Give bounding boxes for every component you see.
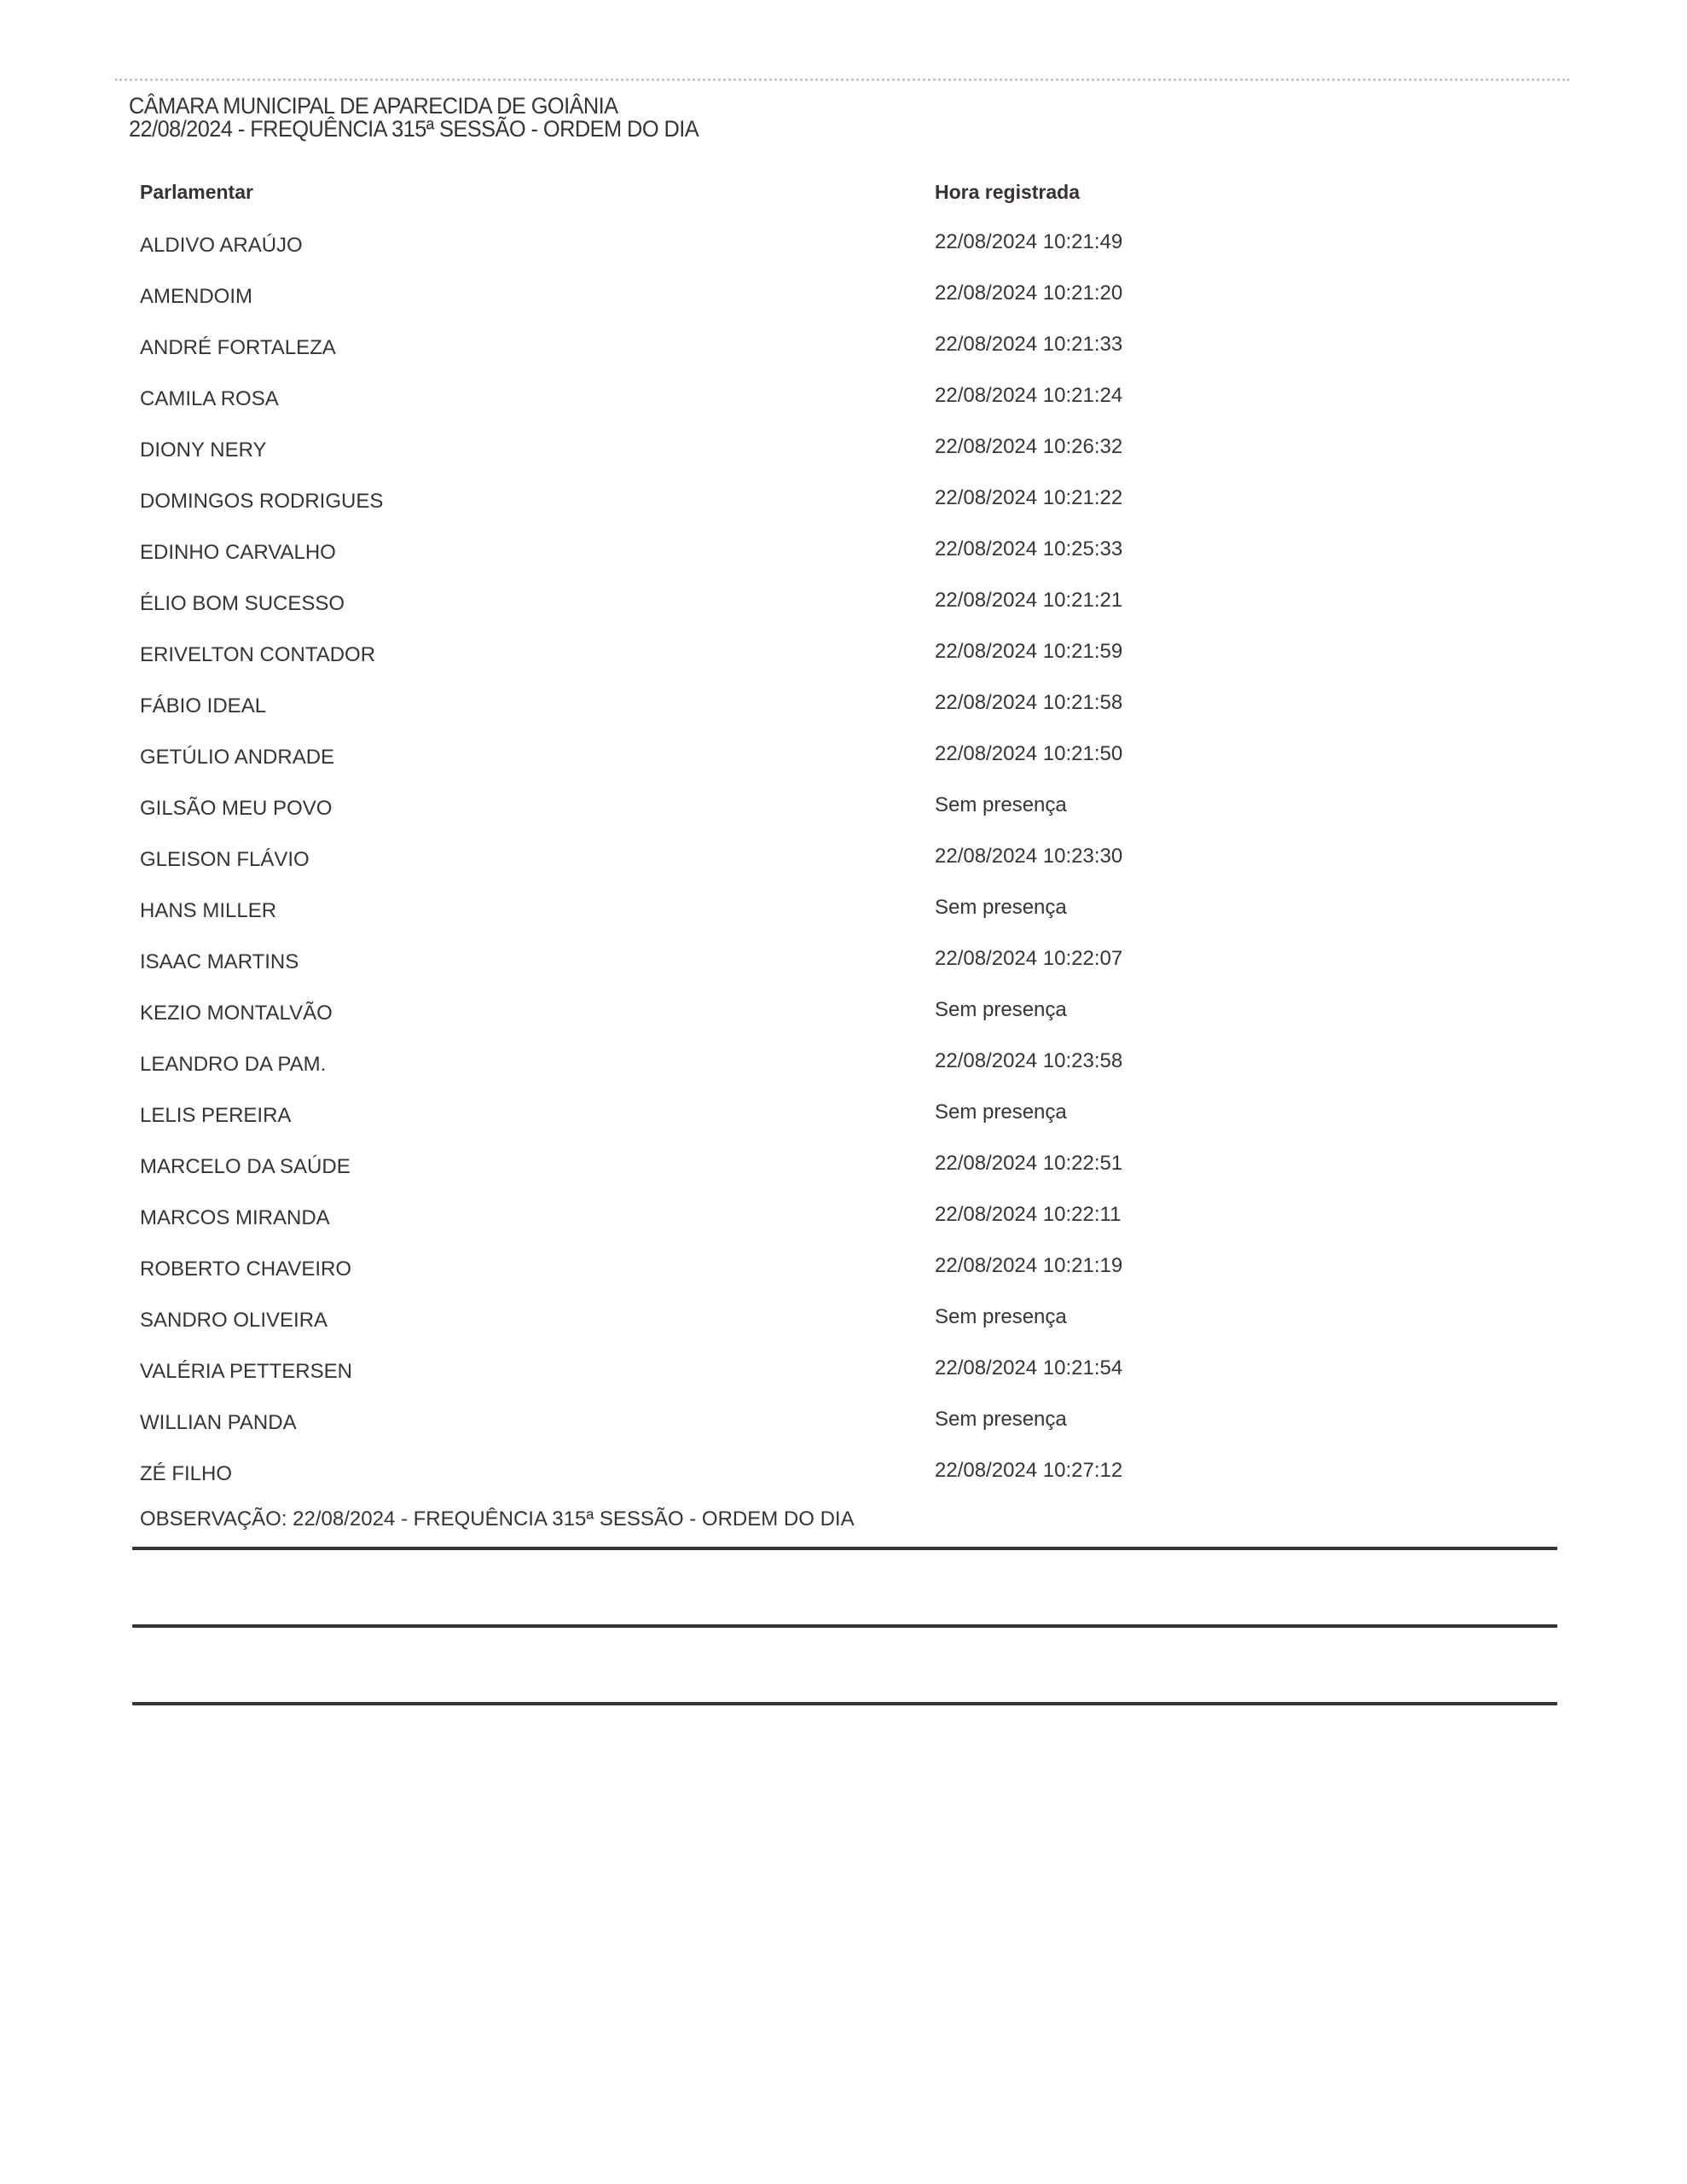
table-row: VALÉRIA PETTERSEN22/08/2024 10:21:54 <box>0 1356 1687 1408</box>
table-row: ÉLIO BOM SUCESSO22/08/2024 10:21:21 <box>0 589 1687 640</box>
attendance-table: ALDIVO ARAÚJO22/08/2024 10:21:49AMENDOIM… <box>0 230 1687 1510</box>
registered-time: Sem presença <box>935 793 1067 817</box>
parlamentar-name: EDINHO CARVALHO <box>140 541 336 565</box>
registered-time: Sem presença <box>935 1101 1067 1124</box>
table-row: ANDRÉ FORTALEZA22/08/2024 10:21:33 <box>0 333 1687 384</box>
registered-time: Sem presença <box>935 896 1067 920</box>
parlamentar-name: ISAAC MARTINS <box>140 950 299 974</box>
table-row: AMENDOIM22/08/2024 10:21:20 <box>0 282 1687 333</box>
table-row: ALDIVO ARAÚJO22/08/2024 10:21:49 <box>0 230 1687 282</box>
parlamentar-name: ROBERTO CHAVEIRO <box>140 1258 351 1281</box>
parlamentar-name: HANS MILLER <box>140 899 276 923</box>
parlamentar-name: DIONY NERY <box>140 439 267 462</box>
parlamentar-name: ÉLIO BOM SUCESSO <box>140 592 345 616</box>
table-row: GETÚLIO ANDRADE22/08/2024 10:21:50 <box>0 742 1687 793</box>
registered-time: 22/08/2024 10:22:07 <box>935 947 1122 971</box>
parlamentar-name: GLEISON FLÁVIO <box>140 848 310 872</box>
registered-time: 22/08/2024 10:21:58 <box>935 691 1122 715</box>
parlamentar-name: KEZIO MONTALVÃO <box>140 1002 333 1025</box>
registered-time: 22/08/2024 10:22:11 <box>935 1203 1121 1227</box>
observation-text: OBSERVAÇÃO: 22/08/2024 - FREQUÊNCIA 315ª… <box>140 1507 855 1531</box>
registered-time: Sem presença <box>935 998 1067 1022</box>
table-row: ZÉ FILHO22/08/2024 10:27:12 <box>0 1459 1687 1510</box>
table-row: GILSÃO MEU POVOSem presença <box>0 793 1687 845</box>
signature-line-2 <box>132 1624 1557 1628</box>
parlamentar-name: CAMILA ROSA <box>140 387 279 411</box>
parlamentar-name: SANDRO OLIVEIRA <box>140 1309 328 1333</box>
registered-time: Sem presença <box>935 1305 1067 1329</box>
table-row: MARCELO DA SAÚDE22/08/2024 10:22:51 <box>0 1152 1687 1203</box>
registered-time: 22/08/2024 10:26:32 <box>935 435 1122 459</box>
registered-time: 22/08/2024 10:22:51 <box>935 1152 1122 1176</box>
parlamentar-name: ANDRÉ FORTALEZA <box>140 336 336 360</box>
signature-line-1 <box>132 1547 1557 1550</box>
table-row: LELIS PEREIRASem presença <box>0 1101 1687 1152</box>
document-header: CÂMARA MUNICIPAL DE APARECIDA DE GOIÂNIA… <box>129 95 735 141</box>
table-row: ISAAC MARTINS22/08/2024 10:22:07 <box>0 947 1687 998</box>
parlamentar-name: GILSÃO MEU POVO <box>140 797 332 821</box>
parlamentar-name: ALDIVO ARAÚJO <box>140 234 303 258</box>
table-row: EDINHO CARVALHO22/08/2024 10:25:33 <box>0 537 1687 589</box>
registered-time: 22/08/2024 10:21:19 <box>935 1254 1122 1278</box>
session-title: 22/08/2024 - FREQUÊNCIA 315ª SESSÃO - OR… <box>129 118 699 141</box>
table-row: HANS MILLERSem presença <box>0 896 1687 947</box>
table-row: CAMILA ROSA22/08/2024 10:21:24 <box>0 384 1687 435</box>
signature-line-3 <box>132 1702 1557 1705</box>
parlamentar-name: ERIVELTON CONTADOR <box>140 643 375 667</box>
table-row: LEANDRO DA PAM.22/08/2024 10:23:58 <box>0 1049 1687 1101</box>
registered-time: 22/08/2024 10:21:22 <box>935 486 1122 510</box>
column-header-hora-registrada: Hora registrada <box>935 181 1080 204</box>
registered-time: 22/08/2024 10:21:20 <box>935 282 1122 305</box>
parlamentar-name: GETÚLIO ANDRADE <box>140 746 334 770</box>
registered-time: 22/08/2024 10:23:30 <box>935 845 1122 868</box>
parlamentar-name: WILLIAN PANDA <box>140 1411 297 1435</box>
registered-time: 22/08/2024 10:21:59 <box>935 640 1122 664</box>
parlamentar-name: MARCOS MIRANDA <box>140 1206 330 1230</box>
table-row: KEZIO MONTALVÃOSem presença <box>0 998 1687 1049</box>
parlamentar-name: AMENDOIM <box>140 285 252 309</box>
registered-time: 22/08/2024 10:27:12 <box>935 1459 1122 1483</box>
table-row: WILLIAN PANDASem presença <box>0 1408 1687 1459</box>
column-header-parlamentar: Parlamentar <box>140 181 253 204</box>
registered-time: 22/08/2024 10:21:49 <box>935 230 1122 254</box>
parlamentar-name: VALÉRIA PETTERSEN <box>140 1360 352 1384</box>
table-row: DIONY NERY22/08/2024 10:26:32 <box>0 435 1687 486</box>
table-row: GLEISON FLÁVIO22/08/2024 10:23:30 <box>0 845 1687 896</box>
registered-time: 22/08/2024 10:21:50 <box>935 742 1122 766</box>
registered-time: Sem presença <box>935 1408 1067 1432</box>
table-row: ROBERTO CHAVEIRO22/08/2024 10:21:19 <box>0 1254 1687 1305</box>
parlamentar-name: DOMINGOS RODRIGUES <box>140 490 383 514</box>
registered-time: 22/08/2024 10:21:24 <box>935 384 1122 408</box>
table-row: FÁBIO IDEAL22/08/2024 10:21:58 <box>0 691 1687 742</box>
table-row: SANDRO OLIVEIRASem presença <box>0 1305 1687 1356</box>
parlamentar-name: ZÉ FILHO <box>140 1462 232 1486</box>
registered-time: 22/08/2024 10:23:58 <box>935 1049 1122 1073</box>
parlamentar-name: MARCELO DA SAÚDE <box>140 1155 351 1179</box>
parlamentar-name: LEANDRO DA PAM. <box>140 1053 326 1077</box>
registered-time: 22/08/2024 10:21:33 <box>935 333 1122 357</box>
registered-time: 22/08/2024 10:21:54 <box>935 1356 1122 1380</box>
registered-time: 22/08/2024 10:25:33 <box>935 537 1122 561</box>
top-divider <box>115 78 1569 81</box>
institution-title: CÂMARA MUNICIPAL DE APARECIDA DE GOIÂNIA <box>129 95 699 118</box>
table-row: DOMINGOS RODRIGUES22/08/2024 10:21:22 <box>0 486 1687 537</box>
table-row: MARCOS MIRANDA22/08/2024 10:22:11 <box>0 1203 1687 1254</box>
table-row: ERIVELTON CONTADOR22/08/2024 10:21:59 <box>0 640 1687 691</box>
registered-time: 22/08/2024 10:21:21 <box>935 589 1122 613</box>
parlamentar-name: FÁBIO IDEAL <box>140 694 266 718</box>
parlamentar-name: LELIS PEREIRA <box>140 1104 291 1128</box>
